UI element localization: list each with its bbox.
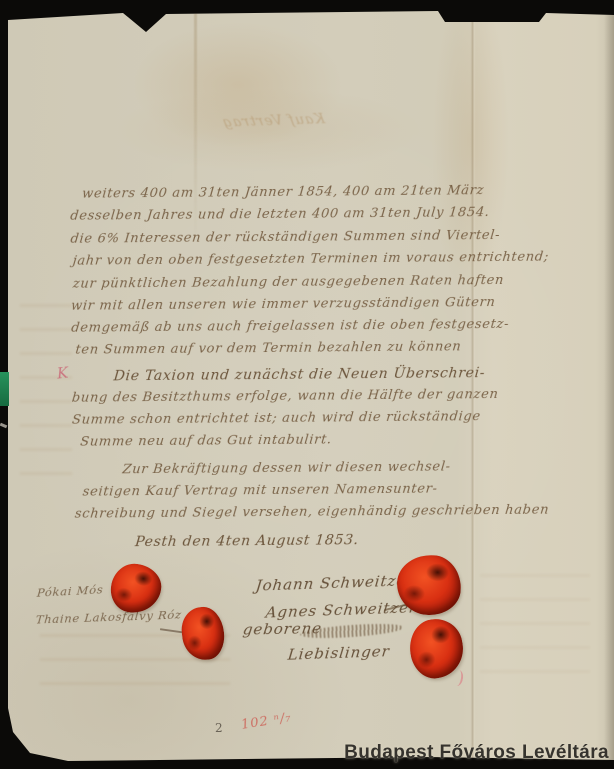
archive-watermark: Budapest Főváros Levéltára xyxy=(344,742,609,764)
paper-right-edge-shadow xyxy=(604,10,614,762)
red-crayon-letter: K xyxy=(56,363,69,382)
manuscript-line: zur pünktlichen Bezahlung der ausgegeben… xyxy=(72,274,504,291)
manuscript-line: Die Taxion und zunächst die Neuen Übersc… xyxy=(113,366,486,383)
manuscript-line: die 6% Interessen der rückständigen Summ… xyxy=(70,229,501,246)
pencil-page-number: 2 xyxy=(215,721,223,735)
bleedthrough-title: Kauf Vertrag xyxy=(221,112,326,130)
manuscript-line: demgemäß ab uns auch freigelassen ist di… xyxy=(71,318,510,335)
party-signature: Liebislinger xyxy=(287,644,390,663)
manuscript-line: schreibung und Siegel versehen, eigenhän… xyxy=(74,504,550,521)
upper-left-crease xyxy=(194,10,197,240)
document-scan: Kauf Vertrag weiters 400 am 31ten Jänner… xyxy=(0,0,614,769)
manuscript-line: desselben Jahres und die letzten 400 am … xyxy=(70,206,491,223)
dateline: Pesth den 4ten August 1853. xyxy=(134,533,359,549)
manuscript-line: bung des Besitzthums erfolge, wann die H… xyxy=(71,388,499,405)
bleedthrough-writing xyxy=(480,560,590,690)
manuscript-line: ten Summen auf vor dem Termin bezahlen z… xyxy=(75,340,462,356)
manuscript-line: Summe schon entrichtet ist; auch wird di… xyxy=(71,410,481,427)
bleedthrough-writing xyxy=(20,290,72,480)
vertical-fold-crease xyxy=(471,10,475,762)
manuscript-line: seitigen Kauf Vertrag mit unseren Namens… xyxy=(82,483,438,499)
edge-artifact xyxy=(0,423,7,429)
manuscript-line: jahr von den oben festgesetzten Terminen… xyxy=(72,251,550,268)
manuscript-line: Summe neu auf das Gut intabulirt. xyxy=(80,433,333,448)
manuscript-line: weiters 400 am 31ten Jänner 1854, 400 am… xyxy=(81,184,484,201)
manuscript-line: Zur Bekräftigung dessen wir diesen wechs… xyxy=(122,460,452,476)
green-fastener-tab xyxy=(0,372,9,406)
manuscript-line: wir mit allen unseren wie immer verzugss… xyxy=(70,296,496,313)
